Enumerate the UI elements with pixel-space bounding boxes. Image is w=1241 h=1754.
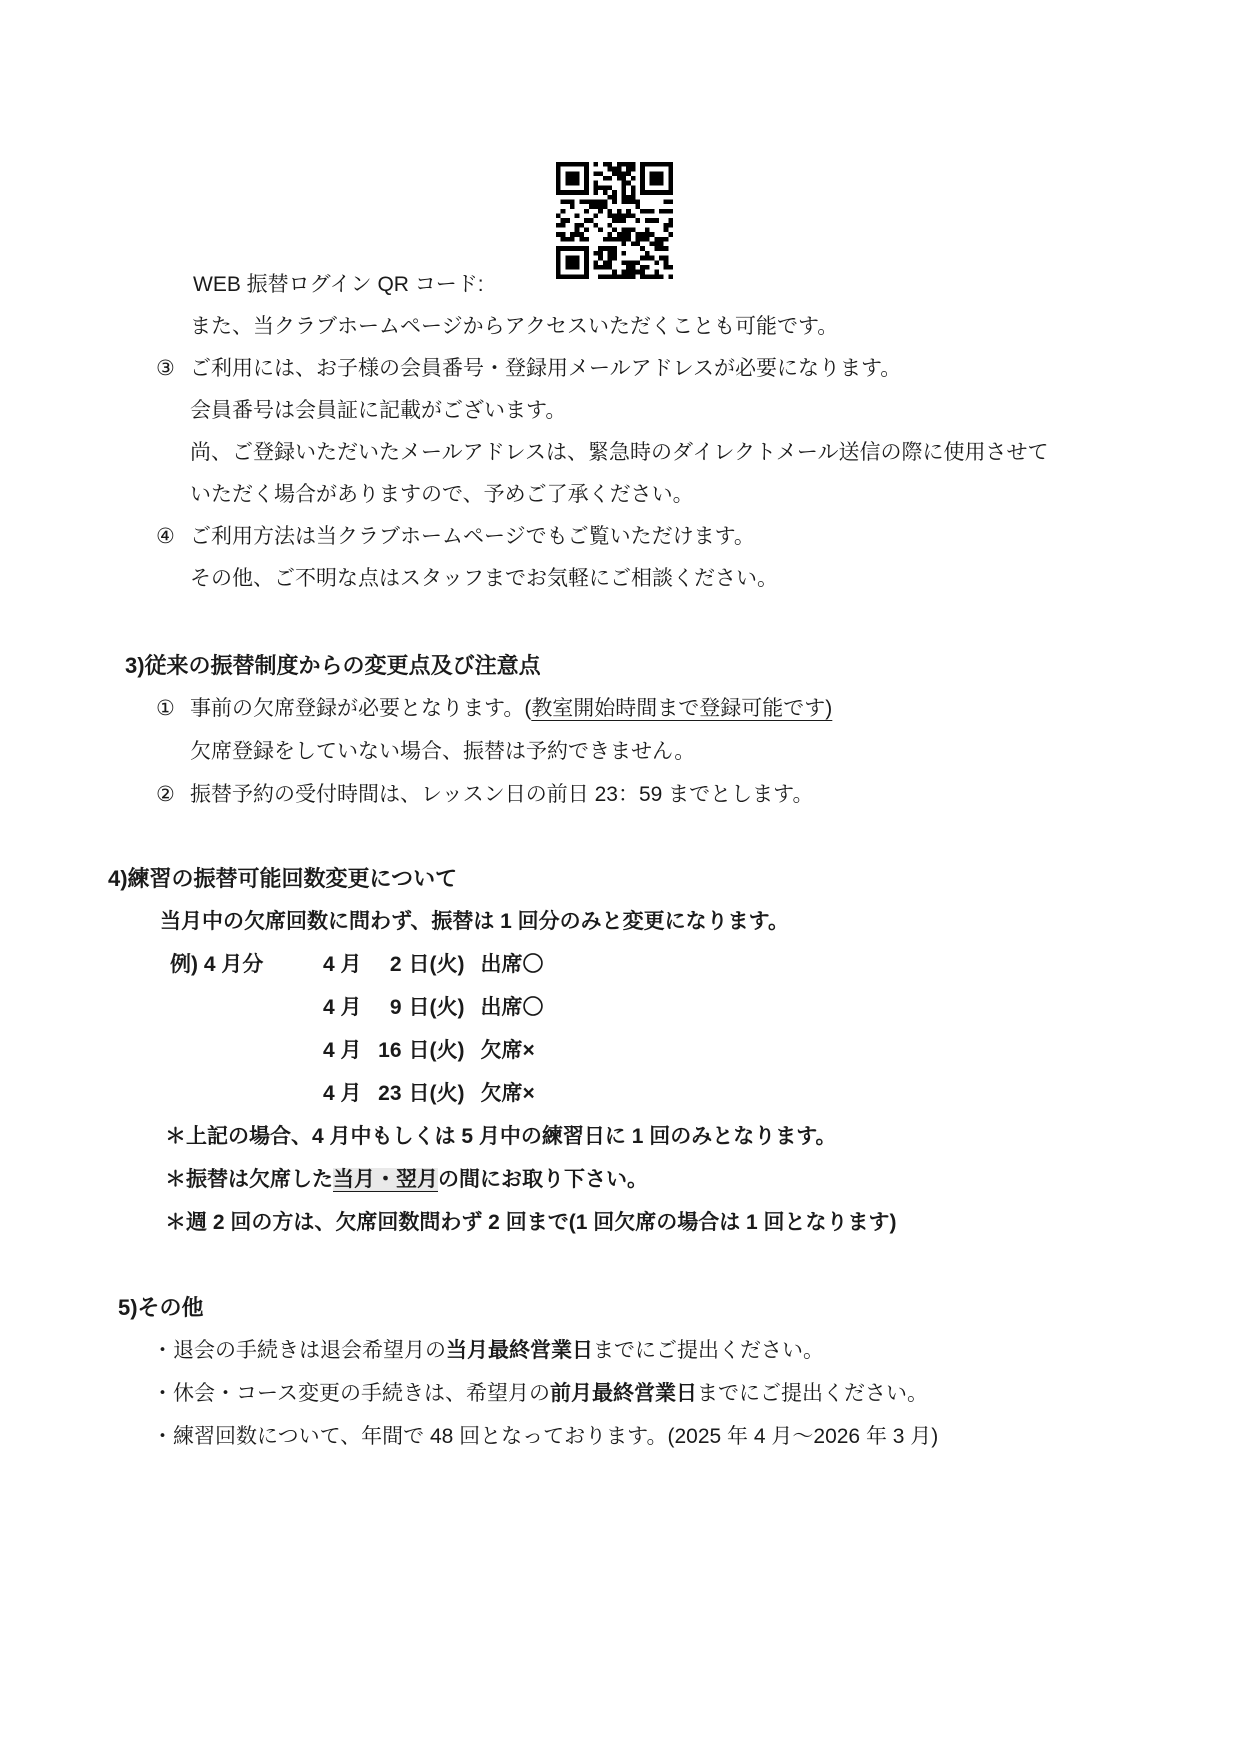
example-day: 16 [370,1029,402,1072]
section-5: 5)その他 ・退会の手続きは退会希望月の当月最終営業日までにご提出ください。 ・… [0,1286,1241,1458]
item4-line2: その他、ご不明な点はスタッフまでお気軽にご相談ください。 [0,558,1241,600]
item3-line4: いただく場合がありますので、予めご了承ください。 [0,474,1241,516]
bullet2-pre: ・休会・コース変更の手続きは、希望月の [152,1382,550,1405]
intro-section: WEB 振替ログイン QR コード: また、当クラブホームページからアクセスいた… [0,264,1241,600]
example-suffix: 日(火) [409,953,465,976]
section5-bullet3: ・練習回数について、年間で 48 回となっております。(2025 年 4 月～2… [0,1415,1241,1458]
example-row: 4 月23日(火)欠席× [0,1072,1241,1115]
bullet2-bold: 前月最終営業日 [550,1382,697,1405]
example-label: 例) 4 月分 [170,943,323,986]
example-row: 4 月16日(火)欠席× [0,1029,1241,1072]
section4-note2-highlight: 当月・翌月 [333,1168,438,1191]
example-month: 4 月 [323,953,362,976]
section-4-heading: 4)練習の振替可能回数変更について [0,857,1241,900]
item3-text1: ご利用には、お子様の会員番号・登録用メールアドレスが必要になります。 [190,357,901,380]
example-status: 出席〇 [481,996,544,1019]
example-day: 23 [370,1072,402,1115]
item4-text1: ご利用方法は当クラブホームページでもご覧いただけます。 [190,525,755,548]
example-month: 4 月 [323,1082,362,1105]
bullet1-pre: ・退会の手続きは退会希望月の [152,1339,446,1362]
section5-bullet2: ・休会・コース変更の手続きは、希望月の前月最終営業日までにご提出ください。 [0,1372,1241,1415]
example-month: 4 月 [323,1039,362,1062]
section-3-heading: 3)従来の振替制度からの変更点及び注意点 [0,644,1241,687]
section-3: 3)従来の振替制度からの変更点及び注意点 ①事前の欠席登録が必要となります。(教… [0,644,1241,816]
section3-item1-marker: ① [156,687,175,730]
example-day: 2 [370,943,402,986]
section-5-heading: 5)その他 [0,1286,1241,1329]
example-status: 欠席× [481,1082,535,1105]
bullet2-post: までにご提出ください。 [697,1382,928,1405]
item4-line1: ④ご利用方法は当クラブホームページでもご覧いただけます。 [0,516,1241,558]
item3-marker: ③ [156,348,175,390]
example-month: 4 月 [323,996,362,1019]
section4-note3: ＊週 2 回の方は、欠席回数問わず 2 回まで(1 回欠席の場合は 1 回となり… [0,1201,1241,1244]
example-suffix: 日(火) [409,1039,465,1062]
section3-item1-line1: ①事前の欠席登録が必要となります。(教室開始時間まで登録可能です) [0,687,1241,730]
example-row: 4 月9日(火)出席〇 [0,986,1241,1029]
section4-note2: ＊振替は欠席した当月・翌月の間にお取り下さい。 [0,1158,1241,1201]
document-page: WEB 振替ログイン QR コード: また、当クラブホームページからアクセスいた… [0,0,1241,1754]
section4-note2-post: の間にお取り下さい。 [438,1168,648,1191]
example-suffix: 日(火) [409,996,465,1019]
item4-marker: ④ [156,516,175,558]
section3-item1-pre: 事前の欠席登録が必要となります。( [190,697,531,720]
section3-item1-line2: 欠席登録をしていない場合、振替は予約できません。 [0,730,1241,773]
example-day: 9 [370,986,402,1029]
section3-item2-text: 振替予約の受付時間は、レッスン日の前日 23：59 までとします。 [190,783,814,806]
section4-lead: 当月中の欠席回数に問わず、振替は 1 回分のみと変更になります。 [0,900,1241,943]
bullet1-post: までにご提出ください。 [593,1339,824,1362]
section5-bullet1: ・退会の手続きは退会希望月の当月最終営業日までにご提出ください。 [0,1329,1241,1372]
example-row: 例) 4 月分4 月2日(火)出席〇 [0,943,1241,986]
access-note: また、当クラブホームページからアクセスいただくことも可能です。 [0,306,1241,348]
qr-caption: WEB 振替ログイン QR コード: [0,264,1241,306]
qr-code-image [556,162,673,279]
example-status: 出席〇 [481,953,544,976]
item3-line1: ③ご利用には、お子様の会員番号・登録用メールアドレスが必要になります。 [0,348,1241,390]
section3-item2-marker: ② [156,773,175,816]
section3-item2-line: ②振替予約の受付時間は、レッスン日の前日 23：59 までとします。 [0,773,1241,816]
example-status: 欠席× [481,1039,535,1062]
item3-line2: 会員番号は会員証に記載がございます。 [0,390,1241,432]
section4-note1: ＊上記の場合、4 月中もしくは 5 月中の練習日に 1 回のみとなります。 [0,1115,1241,1158]
example-suffix: 日(火) [409,1082,465,1105]
bullet1-bold: 当月最終営業日 [446,1339,593,1362]
section-4: 4)練習の振替可能回数変更について 当月中の欠席回数に問わず、振替は 1 回分の… [0,857,1241,1244]
item3-line3: 尚、ご登録いただいたメールアドレスは、緊急時のダイレクトメール送信の際に使用させ… [0,432,1241,474]
section3-item1-underlined: 教室開始時間まで登録可能です) [531,697,832,720]
section4-note2-pre: ＊振替は欠席した [165,1168,333,1191]
